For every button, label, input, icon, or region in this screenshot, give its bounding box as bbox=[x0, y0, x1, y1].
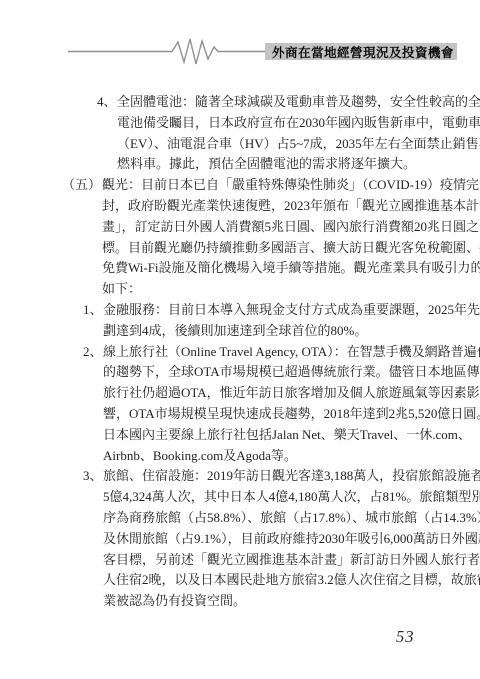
text-line: 線上旅行社（Online Travel Agency, OTA）：在智慧手機及網… bbox=[103, 342, 437, 363]
list-marker: 3、 bbox=[83, 466, 103, 487]
text-line: 金融服務：目前日本導入無現金支付方式成為重要課題，2025年先計 bbox=[103, 300, 437, 321]
text-line: 如下： bbox=[102, 279, 437, 300]
text-line: 日本國內主要線上旅行社包括Jalan Net、樂天Travel、一休.com、 bbox=[103, 425, 437, 446]
pulse-line-icon bbox=[68, 36, 265, 68]
list-marker: 2、 bbox=[83, 342, 103, 363]
page-number: 53 bbox=[396, 627, 415, 647]
text-block: 1、金融服務：目前日本導入無現金支付方式成為重要課題，2025年先計劃達到4成，… bbox=[103, 300, 437, 342]
list-marker: （五） bbox=[62, 175, 101, 196]
text-block: 2、線上旅行社（Online Travel Agency, OTA）：在智慧手機… bbox=[103, 342, 437, 467]
text-line: 響，OTA市場規模呈現快速成長趨勢，2018年達到2兆5,520億日圓。 bbox=[103, 404, 437, 425]
text-line: 人住宿2晚，以及日本國民赴地方旅宿3.2億人次住宿之目標，故旅宿 bbox=[103, 570, 437, 591]
text-line: Airbnb、Booking.com及Agoda等。 bbox=[103, 446, 437, 467]
text-line: 免費Wi-Fi設施及簡化機場入境手續等措施。觀光產業具有吸引力的領域 bbox=[102, 258, 437, 279]
page-header: 外商在當地經營現況及投資機會 bbox=[0, 0, 480, 70]
chapter-title-bar: 外商在當地經營現況及投資機會 bbox=[265, 43, 457, 60]
text-line: 旅行社仍超過OTA，惟近年訪日旅客增加及個人旅遊風氣等因素影 bbox=[103, 383, 437, 404]
text-line: 客目標，另前述「觀光立國推進基本計畫」新訂訪日外國人旅行者每 bbox=[103, 550, 437, 571]
text-block: 3、旅館、住宿設施：2019年訪日觀光客達3,188萬人，投宿旅館設施者達5億4… bbox=[103, 466, 437, 612]
text-block: 4、全固體電池：隨著全球減碳及電動車普及趨勢，安全性較高的全固體電池備受矚目，日… bbox=[117, 92, 437, 175]
document-body: 4、全固體電池：隨著全球減碳及電動車普及趨勢，安全性較高的全固體電池備受矚目，日… bbox=[0, 92, 480, 612]
text-line: 的趨勢下，全球OTA市場規模已超過傳統旅行業。儘管日本地區傳統 bbox=[103, 362, 437, 383]
text-line: 燃料車。據此，預估全固體電池的需求將逐年擴大。 bbox=[117, 154, 437, 175]
chapter-title: 外商在當地經營現況及投資機會 bbox=[265, 42, 454, 61]
text-line: 全固體電池：隨著全球減碳及電動車普及趨勢，安全性較高的全固體 bbox=[117, 92, 437, 113]
text-block: （五）觀光：目前日本已自「嚴重特殊傳染性肺炎」（COVID-19）疫情完全解封，… bbox=[102, 175, 437, 300]
document-page: 外商在當地經營現況及投資機會 4、全固體電池：隨著全球減碳及電動車普及趨勢，安全… bbox=[0, 0, 480, 679]
text-line: 序為商務旅館（占58.8%）、旅館（占17.8%）、城市旅館（占14.3%） bbox=[103, 508, 437, 529]
text-line: 旅館、住宿設施：2019年訪日觀光客達3,188萬人，投宿旅館設施者達 bbox=[103, 466, 437, 487]
list-marker: 4、 bbox=[97, 92, 117, 113]
text-line: 標。目前觀光廳仍持續推動多國語言、擴大訪日觀光客免稅範圍、擴充 bbox=[102, 238, 437, 259]
text-line: （EV）、油電混合車（HV）占5~7成，2035年左右全面禁止銷售石油 bbox=[117, 134, 437, 155]
list-marker: 1、 bbox=[83, 300, 103, 321]
text-line: 5億4,324萬人次，其中日本人4億4,180萬人次，占81%。旅館類型別依 bbox=[103, 487, 437, 508]
text-line: 劃達到4成，後續則加速達到全球首位的80%。 bbox=[103, 321, 437, 342]
text-line: 觀光：目前日本已自「嚴重特殊傳染性肺炎」（COVID-19）疫情完全解 bbox=[102, 175, 437, 196]
text-line: 電池備受矚目，日本政府宣布在2030年國內販售新車中，電動車 bbox=[117, 113, 437, 134]
text-line: 及休閒旅館（占9.1%），目前政府維持2030年吸引6,000萬訪日外國旅 bbox=[103, 529, 437, 550]
text-line: 封，政府盼觀光產業快速復甦，2023年頒布「觀光立國推進基本計 bbox=[102, 196, 437, 217]
text-line: 業被認為仍有投資空間。 bbox=[103, 591, 437, 612]
text-line: 畫」，訂定訪日外國人消費額5兆日圓、國內旅行消費額20兆日圓之目 bbox=[102, 217, 437, 238]
